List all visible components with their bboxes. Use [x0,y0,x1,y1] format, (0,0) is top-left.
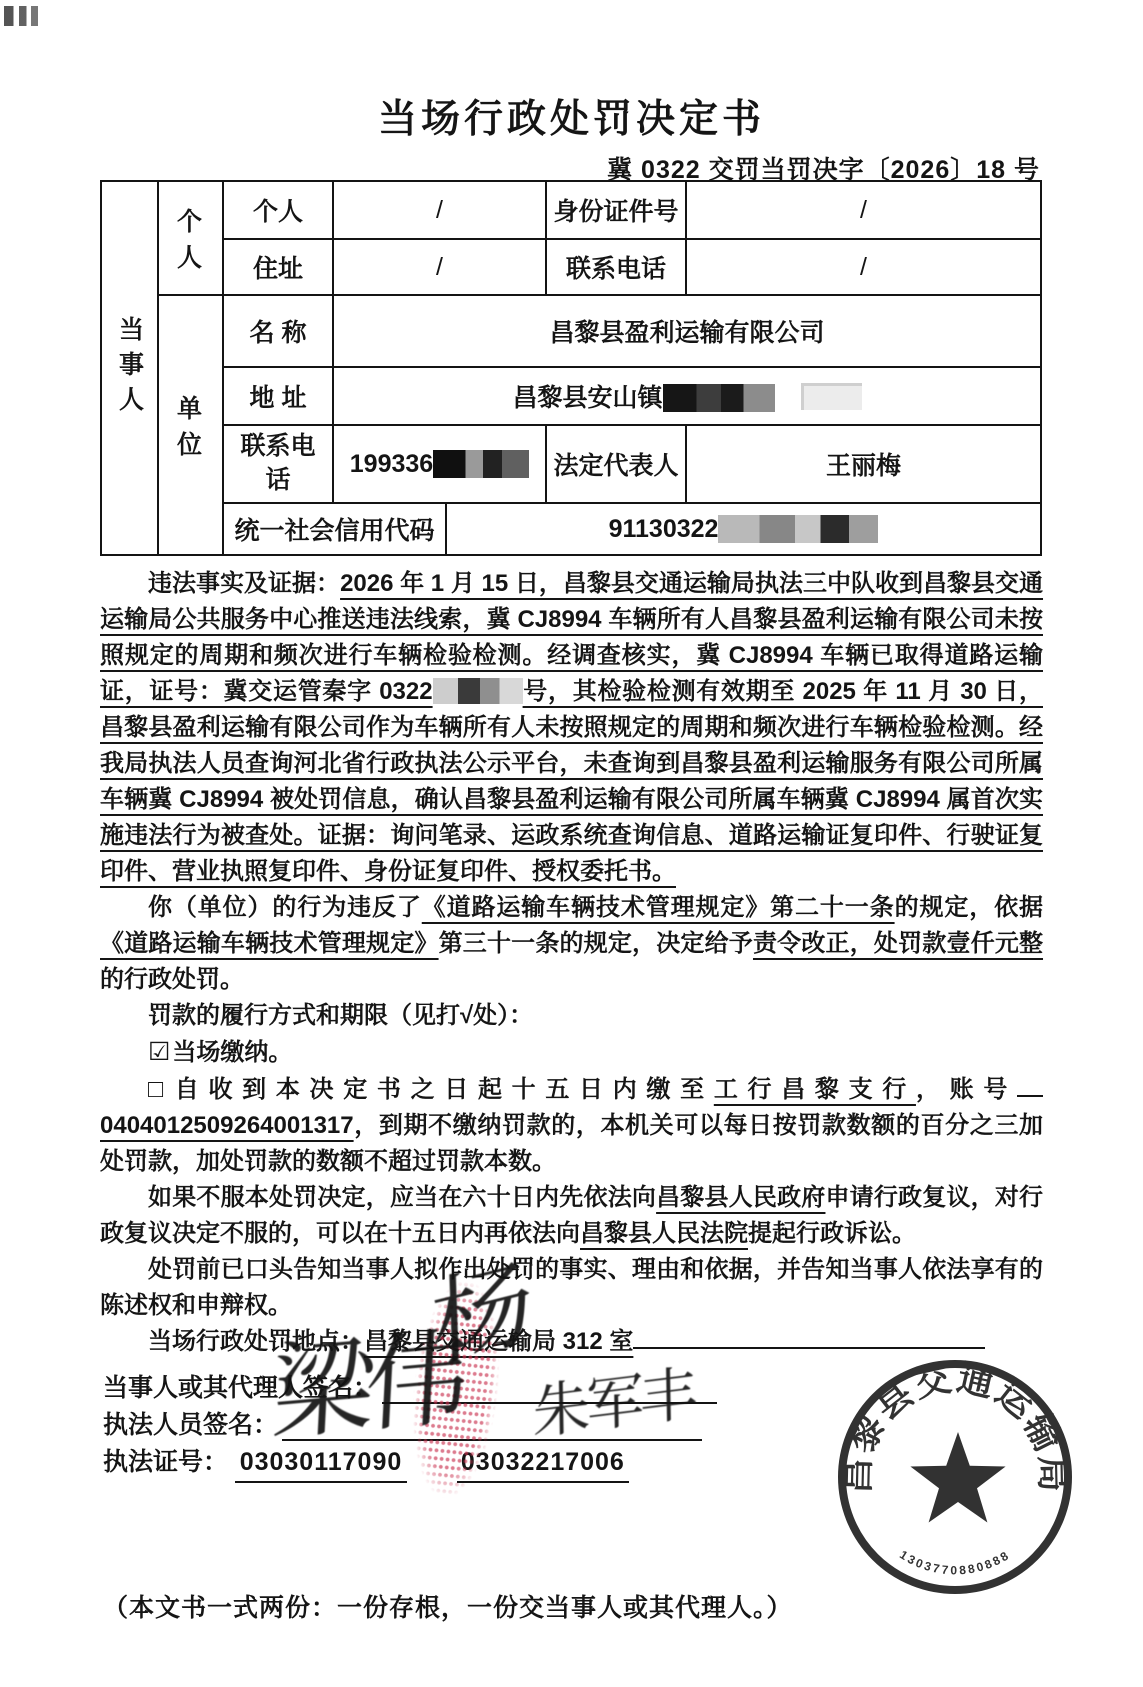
phone-redaction-block [433,450,529,478]
pay-bank-text-1: 自收到本决定书之日起十五日内缴至 [175,1076,714,1103]
court-name: 昌黎县人民法院 [580,1220,748,1247]
cert-number-label: 执法证号： [103,1448,228,1476]
unit-name-value: 昌黎县盈利运输有限公司 [333,295,1041,367]
violation-rule-21: 《道路运输车辆技术管理规定》第二十一条 [422,894,895,921]
penalty-content: 责令改正，处罚款壹仟元整 [753,930,1043,957]
personal-group-label: 个人 [158,181,223,295]
license-no-redaction-block [433,678,523,704]
id-number-value: / [686,181,1041,239]
appeal-paragraph: 如果不服本处罚决定，应当在六十日内先依法向昌黎县人民政府申请行政复议，对行政复议… [100,1180,1043,1252]
checked-checkbox-icon: ☑ [148,1038,172,1066]
address-redaction-block-light [801,383,862,410]
facts-text-2: 号，其检验检测有效期至 2025 年 11 月 30 日，昌黎县盈利运输有限公司… [100,678,1043,885]
unit-address-label: 地 址 [223,367,333,425]
pay-bank-text-2: ，账号 [916,1076,1017,1103]
personal-phone-label: 联系电话 [546,239,686,295]
pay-bank-line: □自收到本决定书之日起十五日内缴至工行昌黎支行，账号04040125092640… [100,1071,1043,1180]
decision-body-text: 违法事实及证据：2026 年 1 月 15 日，昌黎县交通运输局执法三中队收到昌… [100,566,1043,1360]
credit-code-redaction-block [718,515,878,543]
credit-code-label: 统一社会信用代码 [223,503,446,555]
personal-name-label: 个人 [223,181,333,239]
party-info-table: 当事人 个人 个人 / 身份证件号 / 住址 / 联系电话 / 单 位 名 称 … [100,180,1042,556]
violation-text-4: 的行政处罚。 [100,966,244,993]
facts-paragraph: 违法事实及证据：2026 年 1 月 15 日，昌黎县交通运输局执法三中队收到昌… [100,566,1043,890]
handwritten-signature-yang: 杨 [428,1226,535,1386]
personal-phone-value: / [686,239,1041,295]
bank-account-number: 0404012509264001317 [100,1112,354,1139]
penalty-decision-document: 当场行政处罚决定书 冀 0322 交罚当罚决字〔2026〕18 号 当事人 个人… [0,0,1143,1687]
footer-note: （本文书一式两份：一份存根，一份交当事人或其代理人。） [103,1588,793,1624]
official-seal: 昌黎县交通运输局 1303770880888 [830,1352,1080,1602]
notice-paragraph: 处罚前已口头告知当事人拟作出处罚的事实、理由和依据，并告知当事人依法享有的陈述权… [100,1252,1043,1324]
unit-phone-label: 联系电话 [223,425,333,503]
appeal-text-3: 提起行政诉讼。 [748,1220,916,1247]
pay-onsite-line: ☑当场缴纳。 [100,1034,1043,1071]
facts-label: 违法事实及证据： [148,570,340,597]
personal-address-value: / [333,239,546,295]
party-row-header: 当事人 [101,181,158,555]
review-authority: 昌黎县人民政府 [656,1184,825,1211]
document-title: 当场行政处罚决定书 [0,88,1143,144]
personal-address-label: 住址 [223,239,333,295]
address-redaction-block [663,384,775,412]
scan-artifact-mark [4,6,38,26]
payment-method-title: 罚款的履行方式和期限（见打√处）： [100,998,1043,1034]
legal-rep-value: 王丽梅 [686,425,1041,503]
blank-underline [1017,1075,1043,1097]
violation-paragraph: 你（单位）的行为违反了《道路运输车辆技术管理规定》第二十一条的规定，依据《道路运… [100,890,1043,998]
seal-code: 1303770880888 [897,1547,1013,1577]
personal-name-value: / [333,181,546,239]
id-number-label: 身份证件号 [546,181,686,239]
bank-name: 工行昌黎支行 [714,1076,916,1103]
violation-text-2: 的规定，依据 [895,894,1043,921]
unit-phone-text: 199336 [350,450,433,478]
credit-code-text: 91130322 [609,515,719,543]
legal-rep-label: 法定代表人 [546,425,686,503]
unchecked-checkbox-icon: □ [148,1075,175,1103]
unit-name-label: 名 称 [223,295,333,367]
unit-address-text: 昌黎县安山镇 [513,384,663,412]
appeal-text-1: 如果不服本处罚决定，应当在六十日内先依法向 [148,1184,656,1211]
violation-text-3: 第三十一条的规定，决定给予 [439,930,753,957]
pay-onsite-text: 当场缴纳。 [172,1039,292,1066]
violation-text-1: 你（单位）的行为违反了 [148,894,422,921]
unit-group-label: 单 位 [158,295,223,555]
officer-signature-label: 执法人员签名： [103,1411,278,1439]
unit-address-value: 昌黎县安山镇 [333,367,1041,425]
unit-phone-value: 199336 [333,425,546,503]
seal-star-icon [910,1432,1005,1523]
credit-code-value: 91130322 [446,503,1041,555]
violation-rule-name: 《道路运输车辆技术管理规定》 [100,930,439,957]
